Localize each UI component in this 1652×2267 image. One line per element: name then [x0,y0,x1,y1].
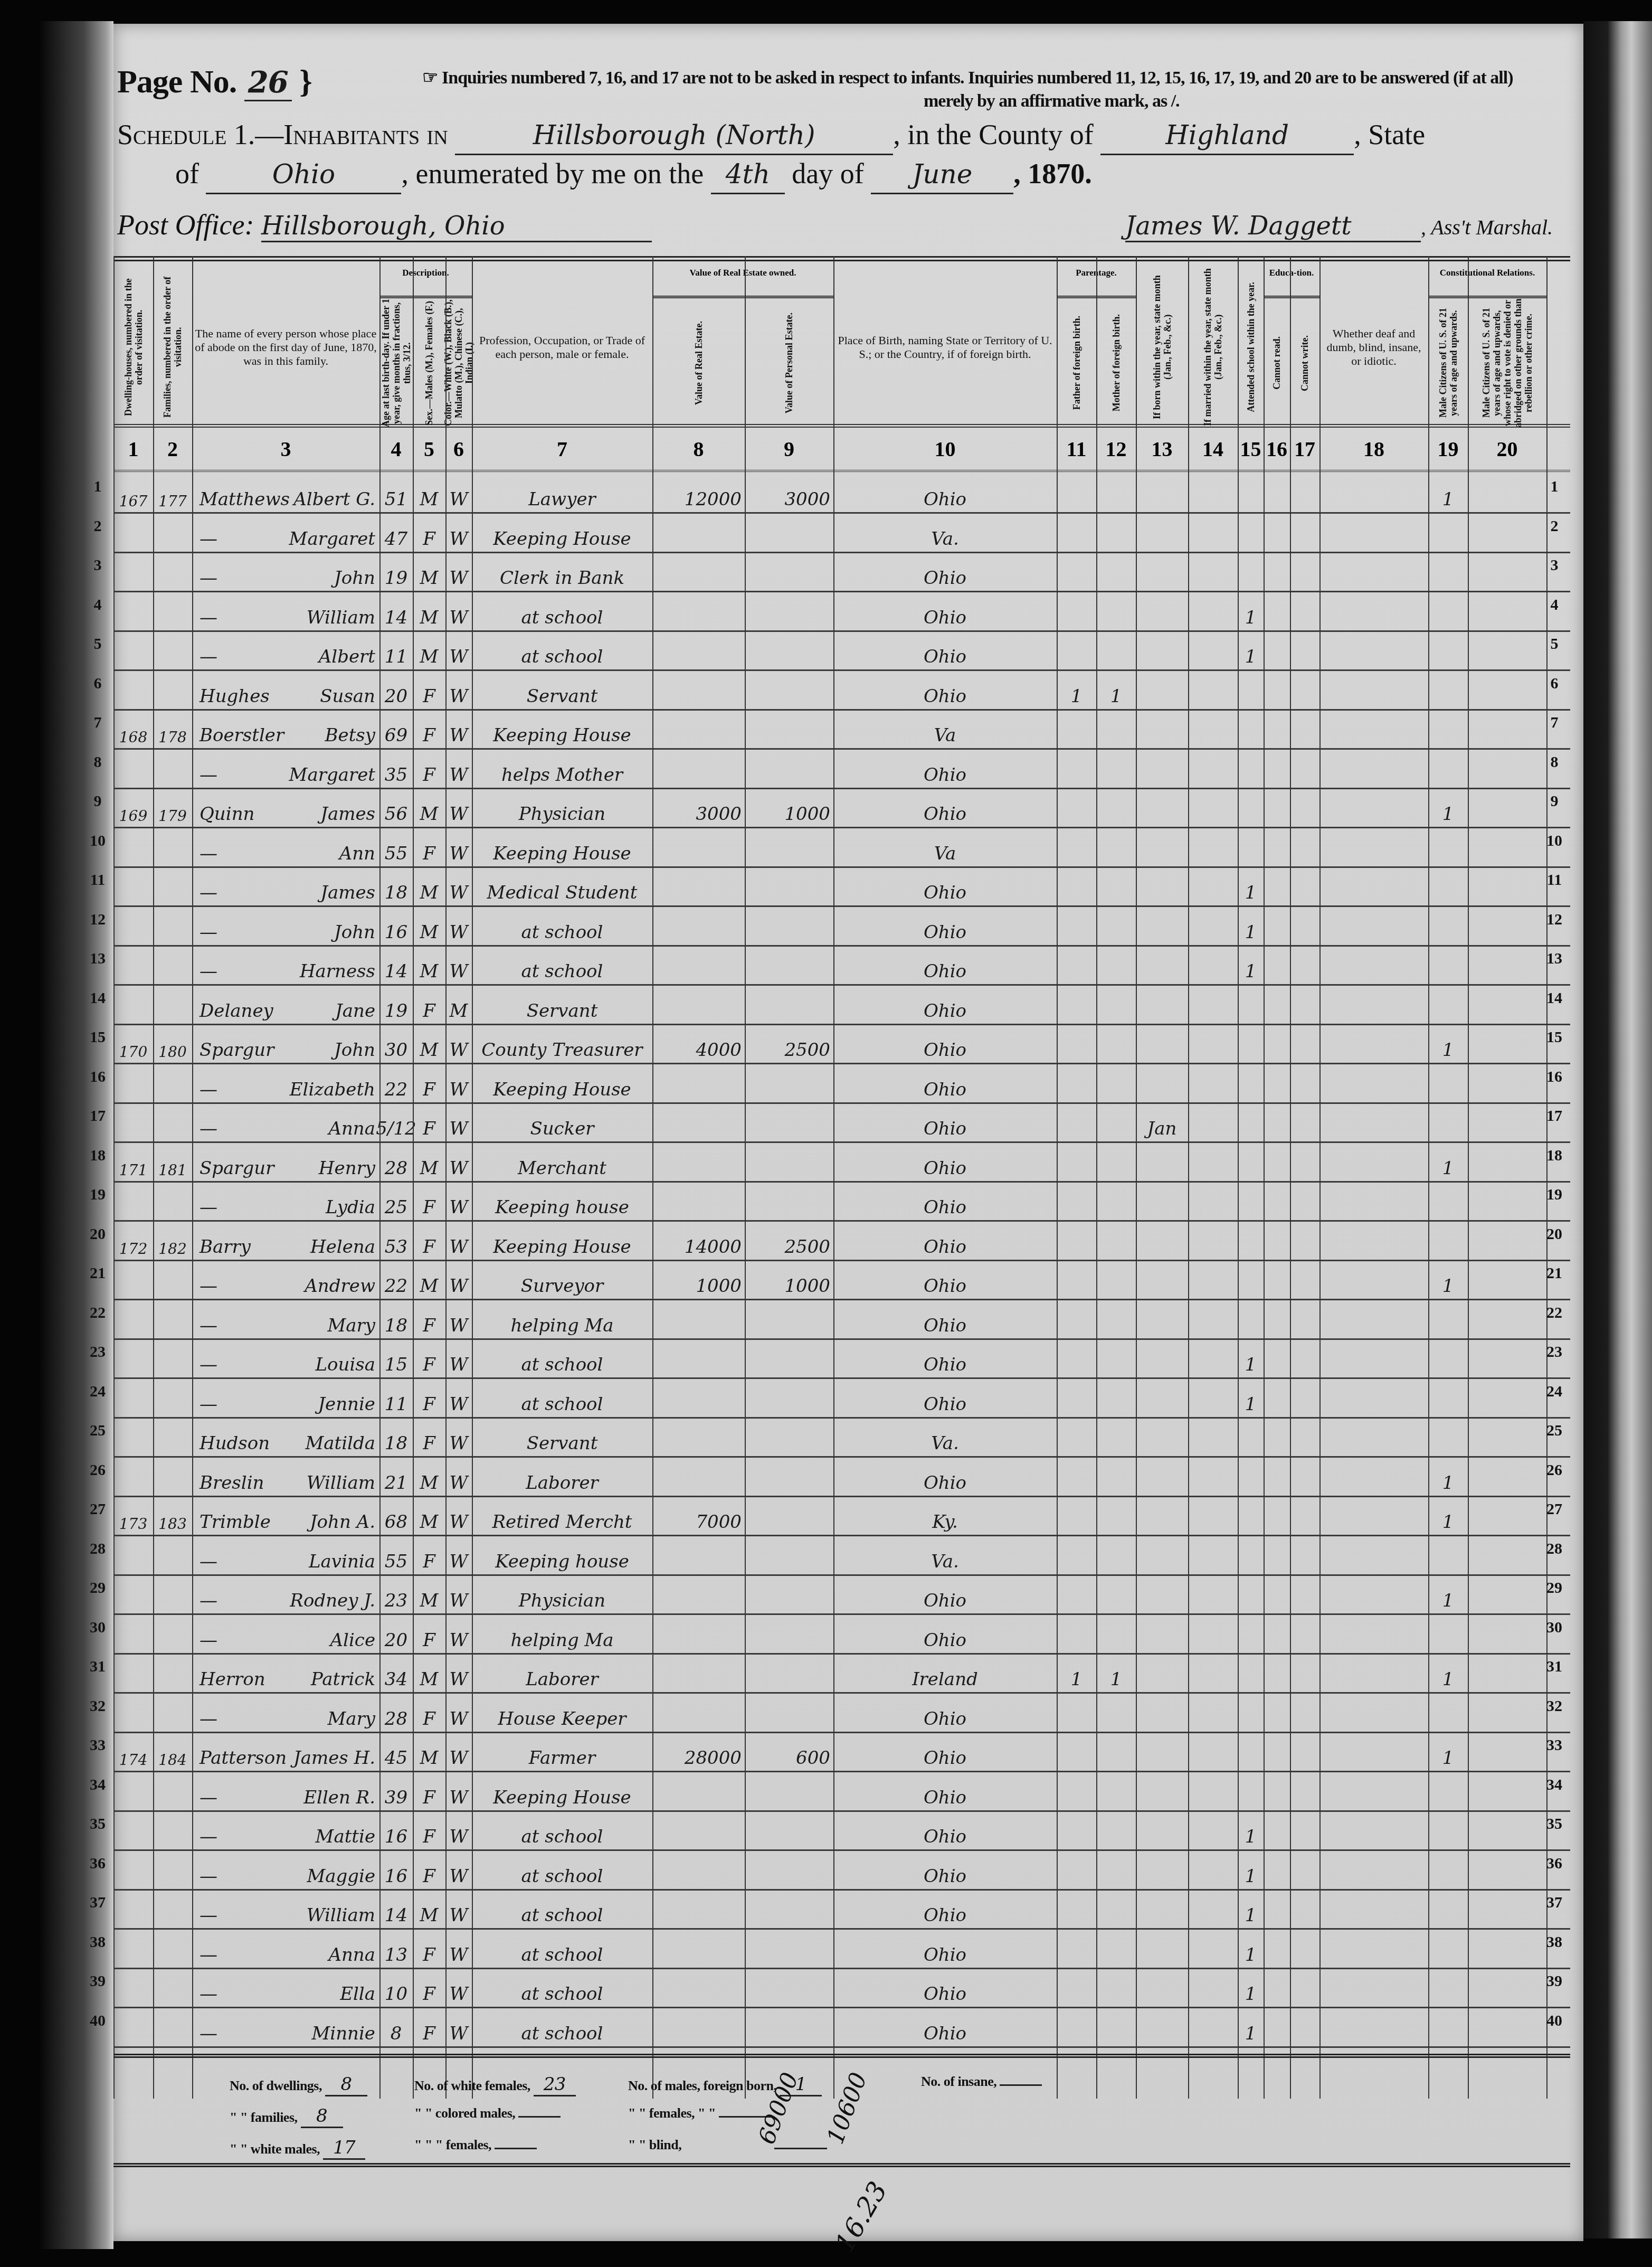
name-cell: —Mary [192,1299,379,1338]
line-number-left: 15 [84,1028,111,1046]
surname: — [200,1394,217,1415]
infirmity-cell [1319,2007,1428,2046]
personal-estate-cell [745,1574,833,1613]
father-foreign-cell [1057,1692,1096,1732]
column-header-text: Cannot write. [1299,335,1310,391]
surname: — [200,1079,217,1100]
color-cell: W [445,1023,472,1063]
age-cell: 14 [379,944,413,984]
line-number-right: 25 [1541,1422,1568,1440]
surname: Matthews [200,489,290,510]
school-cell [1238,1023,1264,1063]
name-cell: BoerstlerBetsy [192,709,379,748]
denied-cell [1468,1574,1546,1613]
line-number-right: 35 [1541,1815,1568,1833]
column-number: 9 [745,428,833,470]
line-number-left: 27 [84,1500,111,1518]
dwelling-cell [113,1180,153,1220]
citizen-cell [1428,1928,1468,1968]
table-row: BreslinWilliam21MWLaborerOhio1 [113,1456,1570,1497]
cannot-write-cell [1290,866,1319,905]
table-row: —John19MWClerk in BankOhio [113,551,1570,592]
table-row: —Mary18FWhelping MaOhio [113,1299,1570,1340]
born-month-cell [1136,984,1188,1024]
mother-foreign-cell [1096,1692,1136,1732]
married-month-cell [1188,1535,1238,1574]
occupation-cell: Keeping House [472,1063,652,1102]
age-cell: 55 [379,1535,413,1574]
column-rule [1264,256,1265,2099]
name-cell: DelaneyJane [192,984,379,1024]
page-label: Page No. [117,64,236,100]
sex-cell: F [413,1692,445,1732]
color-cell: W [445,1692,472,1732]
cannot-read-cell [1264,669,1290,709]
summary-footer: No. of dwellings, 8 No. of white females… [113,2054,1570,2167]
real-estate-cell [652,1338,745,1377]
cannot-write-cell [1290,1102,1319,1141]
column-header-text: Value of Personal Estate. [784,313,794,413]
family-cell [153,1456,192,1496]
born-month-cell [1136,787,1188,827]
column-header-1: Dwelling-houses, numbered in the order o… [113,267,153,428]
sex-cell: M [413,1259,445,1299]
occupation-cell: Laborer [472,1456,652,1496]
column-header-14: If married within the year, state month … [1188,267,1238,428]
given-name: Minnie [312,2023,379,2044]
born-month-cell [1136,591,1188,630]
family-cell [153,512,192,552]
real-estate-cell [652,944,745,984]
dwelling-cell [113,1535,153,1574]
white-males-count: " " white males, 17 [230,2137,365,2160]
cannot-write-cell [1290,827,1319,866]
cannot-read-cell [1264,1652,1290,1692]
line-number-left: 9 [84,792,111,810]
mother-foreign-cell [1096,827,1136,866]
infirmity-cell [1319,1141,1428,1181]
column-header-17: Cannot write. [1290,298,1319,428]
married-month-cell [1188,669,1238,709]
column-header-text: If born within the year, state month (Ja… [1152,267,1173,428]
name-cell: —Louisa [192,1338,379,1377]
occupation-cell: Keeping House [472,512,652,552]
given-name: Maggie [307,1866,379,1887]
surname: — [200,2023,217,2044]
film-right-edge [1583,21,1652,2238]
given-name: Betsy [325,725,379,746]
citizen-cell [1428,1338,1468,1377]
citizen-cell [1428,1967,1468,2007]
color-cell: W [445,1102,472,1141]
column-number: 18 [1319,428,1428,470]
personal-estate-cell: 2500 [745,1023,833,1063]
post-office-line: Post Office: Hillsborough, Ohio James W.… [117,209,1553,242]
school-cell [1238,1613,1264,1653]
citizen-cell [1428,1771,1468,1810]
name-cell: —Minnie [192,2007,379,2046]
infirmity-cell [1319,473,1428,512]
school-cell [1238,748,1264,788]
citizen-cell [1428,827,1468,866]
name-cell: —Margaret [192,748,379,788]
mother-foreign-cell [1096,787,1136,827]
sex-cell: F [413,1416,445,1456]
birthplace-cell: Ohio [833,1141,1057,1181]
surname: Patterson [200,1748,287,1769]
age-cell: 14 [379,1888,413,1928]
citizen-cell: 1 [1428,1141,1468,1181]
citizen-cell [1428,1810,1468,1849]
sex-cell: M [413,944,445,984]
occupation-cell: Keeping House [472,709,652,748]
cannot-read-cell [1264,591,1290,630]
citizen-cell [1428,1377,1468,1417]
infirmity-cell [1319,1810,1428,1849]
sex-cell: F [413,1220,445,1260]
infirmity-cell [1319,1613,1428,1653]
schedule-heading: Schedule 1.—Inhabitants in Hillsborough … [117,116,1553,194]
denied-cell [1468,1810,1546,1849]
given-name: William [307,607,379,628]
dwelling-cell: 174 [113,1731,153,1771]
real-estate-cell [652,905,745,945]
family-cell [153,1771,192,1810]
color-cell: W [445,1888,472,1928]
birthplace-cell: Ohio [833,1731,1057,1771]
column-header-text: Families, numbered in the order of visit… [162,267,183,428]
denied-cell [1468,1771,1546,1810]
given-name: Matilda [305,1433,379,1454]
given-name: Ellen R. [303,1787,379,1808]
birthplace-cell: Ohio [833,669,1057,709]
citizen-cell [1428,1849,1468,1889]
born-month-cell [1136,1771,1188,1810]
age-cell: 55 [379,827,413,866]
cannot-write-cell [1290,1338,1319,1377]
infirmity-cell [1319,1652,1428,1692]
denied-cell [1468,473,1546,512]
infirmity-cell [1319,866,1428,905]
sex-cell: F [413,1849,445,1889]
line-number-right: 15 [1541,1028,1568,1046]
married-month-cell [1188,984,1238,1024]
age-cell: 25 [379,1180,413,1220]
inquiry-note: ☞ Inquiries numbered 7, 16, and 17 are n… [422,67,1531,113]
surname: — [200,1354,217,1375]
table-row: 169179QuinnJames56MWPhysician30001000Ohi… [113,787,1570,828]
cannot-read-cell [1264,1220,1290,1260]
citizen-cell: 1 [1428,787,1468,827]
personal-estate-cell [745,1416,833,1456]
denied-cell [1468,944,1546,984]
school-cell [1238,1141,1264,1181]
family-cell [153,1810,192,1849]
married-month-cell [1188,1220,1238,1260]
citizen-cell [1428,1692,1468,1732]
name-cell: BarryHelena [192,1220,379,1260]
dwelling-cell [113,984,153,1024]
table-row: —Ella10FWat schoolOhio1 [113,1967,1570,2008]
name-cell: —Mary [192,1692,379,1732]
born-month-cell [1136,1416,1188,1456]
name-cell: MatthewsAlbert G. [192,473,379,512]
born-month-cell [1136,1063,1188,1102]
age-cell: 69 [379,709,413,748]
birthplace-cell: Ky. [833,1495,1057,1535]
column-header-text: Male Citizens of U. S. of 21 years of ag… [1438,298,1459,428]
infirmity-cell [1319,1731,1428,1771]
personal-estate-cell [745,1299,833,1338]
given-name: Susan [320,686,379,707]
mother-foreign-cell [1096,512,1136,552]
given-name: James [320,882,379,903]
given-name: John [334,568,379,589]
cannot-write-cell [1290,787,1319,827]
given-name: James [320,804,379,825]
line-number-left: 11 [84,871,111,889]
birthplace-cell: Ohio [833,1692,1057,1732]
real-estate-cell [652,748,745,788]
mother-foreign-cell [1096,1338,1136,1377]
table-row: —Louisa15FWat schoolOhio1 [113,1338,1570,1379]
dwelling-cell: 168 [113,709,153,748]
school-cell [1238,512,1264,552]
column-header-6: Color.—White (W.), Black (B.), Mulatto (… [445,298,472,428]
marshal-name: James W. Daggett [1125,211,1421,242]
citizen-cell: 1 [1428,1574,1468,1613]
line-number-right: 28 [1541,1540,1568,1558]
name-cell: SpargurHenry [192,1141,379,1181]
father-foreign-cell [1057,1495,1096,1535]
given-name: Albert G. [293,489,379,510]
table-row: —Margaret35FWhelps MotherOhio [113,748,1570,789]
line-number-right: 6 [1541,675,1568,693]
given-name: Louisa [315,1354,379,1375]
denied-cell [1468,984,1546,1024]
infirmity-cell [1319,1967,1428,2007]
surname: — [200,1197,217,1218]
given-name: Lavinia [309,1551,379,1572]
column-header-text: Attended school within the year. [1246,282,1256,412]
occupation-cell: at school [472,905,652,945]
color-cell: W [445,1141,472,1181]
column-rule [652,256,653,2099]
dwelling-cell [113,1888,153,1928]
father-foreign-cell [1057,1456,1096,1496]
mother-foreign-cell [1096,709,1136,748]
line-number-right: 3 [1541,556,1568,574]
line-number-right: 18 [1541,1147,1568,1165]
marshal-signature: James W. Daggett, Ass't Marshal. [1125,209,1553,242]
married-month-cell [1188,1967,1238,2007]
real-estate-cell [652,1141,745,1181]
birthplace-cell: Ohio [833,1338,1057,1377]
sex-cell: M [413,787,445,827]
born-month-cell [1136,630,1188,669]
sex-cell: F [413,512,445,552]
family-cell [153,669,192,709]
column-number: 13 [1136,428,1188,470]
sex-cell: F [413,1377,445,1417]
mother-foreign-cell [1096,1456,1136,1496]
line-number-right: 10 [1541,832,1568,850]
dwelling-cell: 173 [113,1495,153,1535]
occupation-cell: Servant [472,1416,652,1456]
name-cell: —Anna [192,1928,379,1968]
real-estate-cell [652,1456,745,1496]
column-number: 2 [153,428,192,470]
name-cell: —Anna [192,1102,379,1141]
table-row: —Minnie8FWat schoolOhio1 [113,2007,1570,2048]
father-foreign-cell [1057,512,1096,552]
citizen-cell: 1 [1428,473,1468,512]
column-rule [445,256,447,2099]
infirmity-cell [1319,1259,1428,1299]
born-month-cell [1136,1535,1188,1574]
infirmity-cell [1319,984,1428,1024]
dwelling-cell: 170 [113,1023,153,1063]
birthplace-cell: Ohio [833,1574,1057,1613]
mother-foreign-cell [1096,1180,1136,1220]
given-name: John A. [310,1512,379,1533]
name-cell: —Rodney J. [192,1574,379,1613]
given-name: Albert [319,646,379,667]
birthplace-cell: Ohio [833,1810,1057,1849]
table-row: —William14MWat schoolOhio1 [113,591,1570,632]
given-name: Harness [300,961,379,982]
citizen-cell: 1 [1428,1652,1468,1692]
cannot-write-cell [1290,1299,1319,1338]
birthplace-cell: Ohio [833,551,1057,591]
color-cell: W [445,473,472,512]
name-cell: —Maggie [192,1849,379,1889]
school-cell [1238,984,1264,1024]
line-number-left: 22 [84,1304,111,1322]
personal-estate-cell [745,2007,833,2046]
infirmity-cell [1319,1535,1428,1574]
real-estate-cell [652,1810,745,1849]
infirmity-cell [1319,630,1428,669]
column-number: 4 [379,428,413,470]
occupation-cell: Keeping house [472,1535,652,1574]
name-cell: HughesSusan [192,669,379,709]
line-number-right: 21 [1541,1264,1568,1282]
cannot-write-cell [1290,1574,1319,1613]
personal-estate-cell: 2500 [745,1220,833,1260]
line-number-left: 25 [84,1422,111,1440]
dwelling-cell [113,591,153,630]
color-cell: W [445,1810,472,1849]
family-cell [153,1967,192,2007]
father-foreign-cell [1057,1141,1096,1181]
real-estate-cell [652,1888,745,1928]
dwelling-cell [113,551,153,591]
age-cell: 22 [379,1063,413,1102]
occupation-cell: at school [472,591,652,630]
born-month-cell [1136,669,1188,709]
cannot-write-cell [1290,1063,1319,1102]
pointing-hand-icon: ☞ [422,68,438,88]
sex-cell: F [413,748,445,788]
infirmity-cell [1319,1220,1428,1260]
line-number-right: 38 [1541,1933,1568,1951]
color-cell: W [445,1180,472,1220]
sex-cell: M [413,1652,445,1692]
sex-cell: M [413,1023,445,1063]
line-number-right: 34 [1541,1776,1568,1794]
personal-estate-cell [745,827,833,866]
column-number: 6 [445,428,472,470]
real-estate-cell [652,551,745,591]
occupation-cell: Servant [472,669,652,709]
age-cell: 47 [379,512,413,552]
surname: — [200,1826,217,1847]
dwelling-cell [113,1456,153,1496]
personal-estate-cell: 600 [745,1731,833,1771]
real-estate-cell [652,1967,745,2007]
given-name: Mattie [316,1826,379,1847]
column-number: 5 [413,428,445,470]
school-cell: 1 [1238,905,1264,945]
father-foreign-cell [1057,1259,1096,1299]
real-estate-cell [652,630,745,669]
surname: — [200,1905,217,1926]
table-row: 168178BoerstlerBetsy69FWKeeping HouseVa [113,709,1570,750]
school-cell [1238,1456,1264,1496]
born-month-cell [1136,512,1188,552]
column-group-education: Educa-tion. [1264,268,1319,298]
sex-cell: F [413,1299,445,1338]
school-cell: 1 [1238,944,1264,984]
married-month-cell [1188,1456,1238,1496]
occupation-cell: at school [472,1928,652,1968]
personal-estate-cell [745,1967,833,2007]
infirmity-cell [1319,1338,1428,1377]
born-month-cell [1136,748,1188,788]
sex-cell: M [413,1456,445,1496]
school-cell [1238,1652,1264,1692]
birthplace-cell: Ireland [833,1652,1057,1692]
age-cell: 11 [379,630,413,669]
school-cell [1238,473,1264,512]
birthplace-cell: Ohio [833,591,1057,630]
mother-foreign-cell [1096,944,1136,984]
family-cell [153,748,192,788]
table-row: —Maggie16FWat schoolOhio1 [113,1849,1570,1891]
color-cell: W [445,2007,472,2046]
mother-foreign-cell [1096,1377,1136,1417]
infirmity-cell [1319,905,1428,945]
cannot-write-cell [1290,1771,1319,1810]
color-cell: W [445,1967,472,2007]
cannot-write-cell [1290,944,1319,984]
surname: — [200,843,217,864]
citizen-cell [1428,551,1468,591]
age-cell: 21 [379,1456,413,1496]
county-label: , in the County of [893,119,1093,150]
column-header-8: Value of Real Estate. [652,298,745,428]
denied-cell [1468,1731,1546,1771]
color-cell: W [445,1456,472,1496]
birthplace-cell: Ohio [833,1456,1057,1496]
denied-cell [1468,1535,1546,1574]
real-estate-cell: 7000 [652,1495,745,1535]
column-header-row: Dwelling-houses, numbered in the order o… [113,256,1570,428]
table-row: —Albert11MWat schoolOhio1 [113,630,1570,671]
page-number-label: Page No. 26 } [117,63,312,101]
cannot-read-cell [1264,1731,1290,1771]
